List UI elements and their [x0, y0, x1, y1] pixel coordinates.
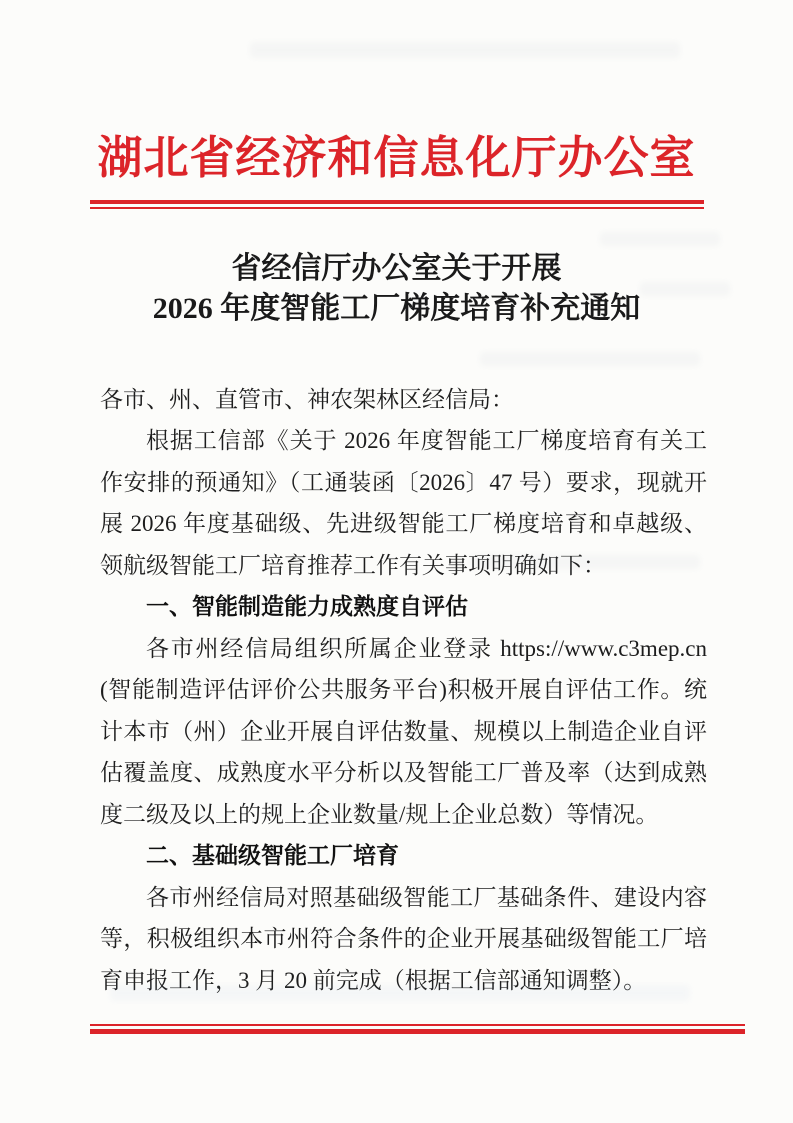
- footer-rule-thin-line: [90, 1024, 745, 1026]
- bleed-through-artifact: [480, 352, 700, 366]
- section-heading-2: 二、基础级智能工厂培育: [100, 835, 707, 877]
- letterhead-office-name: 湖北省经济和信息化厅办公室: [0, 133, 793, 185]
- bleed-through-artifact: [600, 232, 720, 246]
- salutation: 各市、州、直管市、神农架林区经信局：: [100, 379, 707, 421]
- letterhead: 湖北省经济和信息化厅办公室: [0, 0, 793, 209]
- document-title: 省经信厅办公室关于开展 2026 年度智能工厂梯度培育补充通知: [0, 249, 793, 329]
- letterhead-rule-thick-line: [90, 200, 704, 204]
- document-body: 各市、州、直管市、神农架林区经信局： 根据工信部《关于 2026 年度智能工厂梯…: [100, 379, 707, 1002]
- paragraph-3: 各市州经信局对照基础级智能工厂基础条件、建设内容等，积极组织本市州符合条件的企业…: [100, 877, 707, 1002]
- document-title-line-2: 2026 年度智能工厂梯度培育补充通知: [153, 292, 641, 325]
- footer-rule-thick-line: [90, 1029, 745, 1034]
- document-title-line-1: 省经信厅办公室关于开展: [232, 252, 562, 285]
- paragraph-2: 各市州经信局组织所属企业登录 https://www.c3mep.cn (智能制…: [100, 628, 707, 836]
- letterhead-double-rule: [90, 200, 704, 209]
- letterhead-rule-thin-line: [90, 207, 704, 209]
- footer-double-rule: [90, 1024, 745, 1034]
- scanned-document-page: 湖北省经济和信息化厅办公室 省经信厅办公室关于开展 2026 年度智能工厂梯度培…: [0, 0, 793, 1123]
- section-heading-1: 一、智能制造能力成熟度自评估: [100, 586, 707, 628]
- paragraph-1: 根据工信部《关于 2026 年度智能工厂梯度培育有关工作安排的预通知》（工通装函…: [100, 420, 707, 586]
